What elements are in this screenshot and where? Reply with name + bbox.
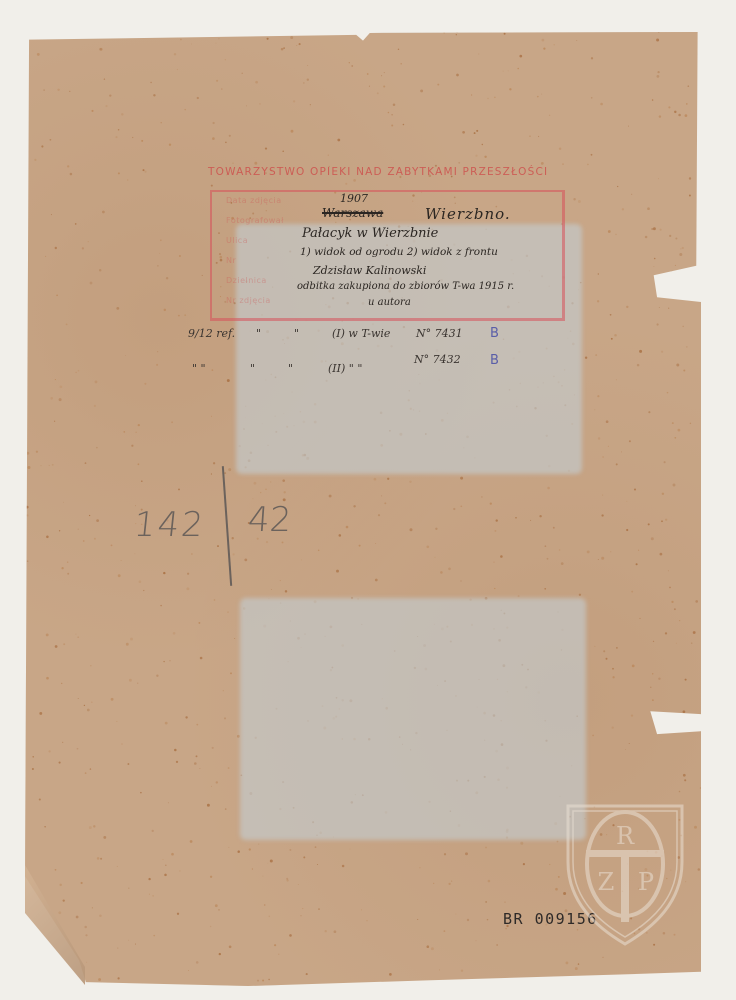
ditto-mark: " <box>256 327 261 340</box>
stamp-field: Nr zdjęcia <box>226 296 271 305</box>
stamp-field: Data zdjęcia <box>226 196 282 205</box>
handwritten-title: Pałacyk w Wierzbnie <box>302 226 438 241</box>
ditto-mark: " <box>288 362 293 375</box>
handwritten-struck-word: Warszawa <box>322 206 383 220</box>
reference-item: (I) w T-wie <box>332 327 390 340</box>
handwritten-year: 1907 <box>340 192 368 205</box>
handwritten-place: Wierzbno. <box>425 205 511 223</box>
pencil-number-left: 142 <box>132 505 207 545</box>
stamp-field: Nr <box>226 256 236 265</box>
svg-text:R: R <box>616 822 635 850</box>
reference-mark: B <box>490 353 499 368</box>
stamp-header: TOWARZYSTWO OPIEKI NAD ZABYTKAMI PRZESZŁ… <box>208 166 568 178</box>
ditto-mark: " <box>250 362 255 375</box>
stamp-field: Fotografował <box>226 216 284 225</box>
ztp-shield-logo-icon: R Z P <box>564 802 686 947</box>
reference-number: N° 7431 <box>416 327 463 340</box>
handwritten-author: Zdzisław Kalinowski <box>313 264 426 277</box>
handwritten-views: 1) widok od ogrodu 2) widok z frontu <box>300 246 498 258</box>
svg-text:Z: Z <box>598 868 615 896</box>
reference-prefix: 9/12 ref. <box>188 327 235 340</box>
reference-number: N° 7432 <box>414 353 461 366</box>
stamp-field: Dzielnica <box>226 276 267 285</box>
svg-text:P: P <box>638 868 654 896</box>
handwritten-source: u autora <box>368 297 411 308</box>
pencil-number-right: 42 <box>247 500 293 540</box>
ditto-mark: " <box>294 327 299 340</box>
photo-mount-area-bottom <box>240 598 586 840</box>
handwritten-acquisition: odbitka zakupiona do zbiorów T-wa 1915 r… <box>297 281 514 292</box>
reference-mark: B <box>490 326 499 341</box>
reference-prefix: " " <box>192 362 206 375</box>
reference-item: (II) " " <box>328 362 362 375</box>
stamp-field: Ulica <box>226 236 248 245</box>
